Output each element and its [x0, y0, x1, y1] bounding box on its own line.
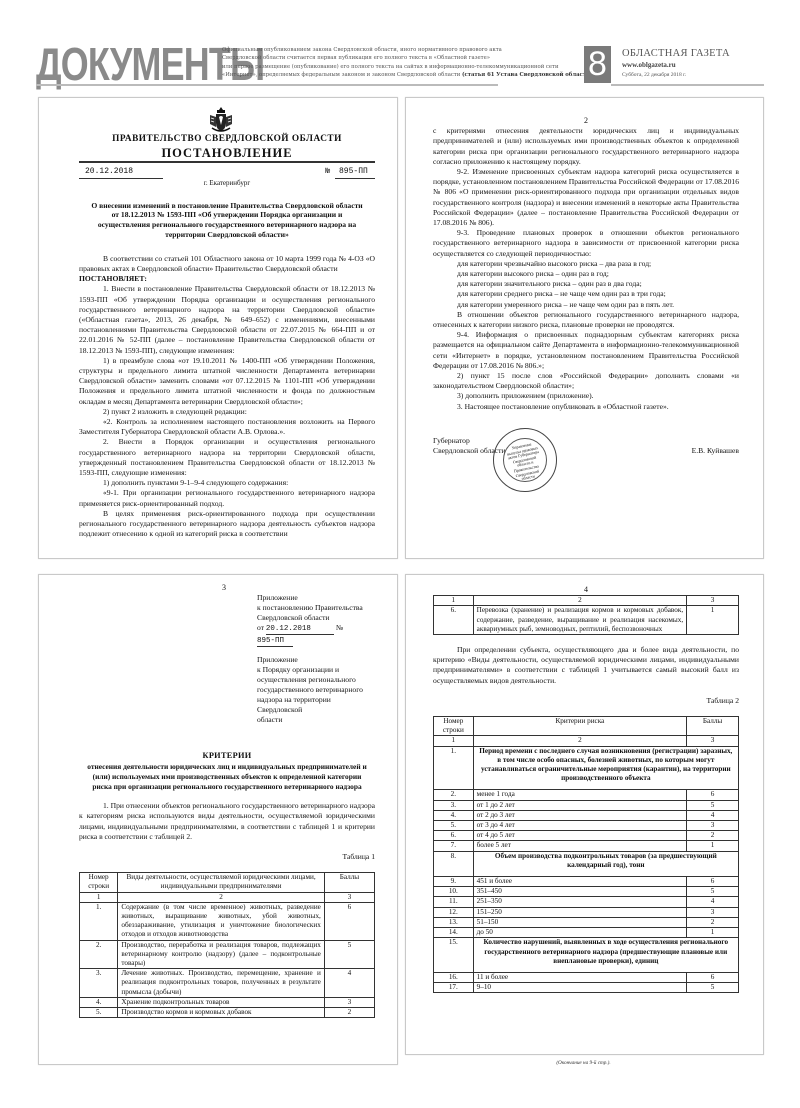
column-number: 2: [473, 596, 687, 606]
row-text: 9–10: [473, 983, 687, 993]
row-text: 11 и более: [473, 972, 687, 982]
criterion-heading: Количество нарушений, выявленных в ходе …: [473, 938, 738, 973]
row-score: 1: [687, 841, 739, 851]
appendix-header: Приложение к постановлению Правительства…: [257, 593, 375, 725]
table-row: 5.от 3 до 4 лет3: [434, 821, 739, 831]
row-number: 3.: [80, 969, 118, 998]
paragraph: с критериями отнесения деятельности юрид…: [433, 126, 739, 167]
column-header: Баллы: [324, 873, 374, 892]
divider: [79, 161, 375, 163]
row-number: 6.: [434, 606, 474, 635]
table-row: 3.от 1 до 2 лет5: [434, 800, 739, 810]
table-row: 5.Производство кормов и кормовых добавок…: [80, 1008, 375, 1018]
table-row: 2.Производство, переработка и реализация…: [80, 940, 375, 969]
document-page-4: 4 1236.Перевозка (хранение) и реализация…: [405, 574, 764, 1055]
row-number: 11.: [434, 897, 474, 907]
column-number: 1: [80, 892, 118, 902]
row-score: 3: [324, 997, 374, 1007]
document-number: № 895-ПП: [325, 167, 375, 178]
list-item: для категории высокого риска – один раз …: [433, 269, 739, 279]
paragraph: 1) в преамбуле слова «от 19.10.2011 № 14…: [79, 356, 375, 407]
row-number: 6.: [434, 831, 474, 841]
paragraph: В отношении объектов регионального госуд…: [433, 310, 739, 330]
row-score: 2: [687, 831, 739, 841]
table-row: 17.9–105: [434, 983, 739, 993]
row-score: 4: [687, 810, 739, 820]
row-text: 251–350: [473, 897, 687, 907]
row-score: 6: [324, 902, 374, 940]
official-seal-icon: Управление выпуска правовых актов Губерн…: [493, 428, 557, 492]
table-row: 8.Объем производства подконтрольных това…: [434, 851, 739, 876]
column-number: 1: [434, 596, 474, 606]
table-row: 1.Период времени с последнего случая воз…: [434, 746, 739, 790]
table-1: Номер строки Виды деятельности, осуществ…: [79, 872, 375, 1018]
row-number: 3.: [434, 800, 474, 810]
table-row: 2.менее 1 года6: [434, 790, 739, 800]
column-number: 2: [118, 892, 325, 902]
table-row: 4.от 2 до 3 лет4: [434, 810, 739, 820]
row-number: 13.: [434, 917, 474, 927]
row-number: 5.: [80, 1008, 118, 1018]
row-score: 4: [324, 969, 374, 998]
row-number: 2.: [80, 940, 118, 969]
paragraph: 2. Внести в Порядок организации и осущес…: [79, 437, 375, 478]
row-text: 51–150: [473, 917, 687, 927]
column-header: Виды деятельности, осуществляемой юридич…: [118, 873, 325, 892]
table-row: 1.Содержание (в том числе временное) жив…: [80, 902, 375, 940]
row-text: Хранение подконтрольных товаров: [118, 997, 325, 1007]
row-number: 16.: [434, 972, 474, 982]
row-score: 5: [324, 940, 374, 969]
row-text: 351–450: [473, 887, 687, 897]
signer-title: Губернатор: [433, 436, 505, 446]
list-item: для категории среднего риска – не чаще ч…: [433, 289, 739, 299]
paragraph: «2. Контроль за исполнением настоящего п…: [79, 417, 375, 437]
document-page-3: 3 Приложение к постановлению Правительст…: [38, 574, 398, 1065]
row-number: 8.: [434, 851, 474, 876]
table-row: 6.Перевозка (хранение) и реализация корм…: [434, 606, 739, 635]
row-score: 2: [687, 917, 739, 927]
paragraph: 3. Настоящее постановление опубликовать …: [433, 402, 739, 412]
paragraph: 3) дополнить приложением (приложение).: [433, 391, 739, 401]
row-text: от 2 до 3 лет: [473, 810, 687, 820]
paragraph: 1) дополнить пунктами 9-1–9-4 следующего…: [79, 478, 375, 488]
row-text: Производство кормов и кормовых добавок: [118, 1008, 325, 1018]
column-number: 3: [324, 892, 374, 902]
column-number-row: 123: [434, 736, 739, 746]
row-text: Лечение животных. Производство, перемеще…: [118, 969, 325, 998]
divider: [611, 84, 764, 86]
column-header: Критерии риска: [473, 717, 687, 736]
document-subject: О внесении изменений в постановление Пра…: [89, 201, 365, 240]
government-name: ПРАВИТЕЛЬСТВО СВЕРДЛОВСКОЙ ОБЛАСТИ: [79, 134, 375, 144]
row-text: Производство, переработка и реализация т…: [118, 940, 325, 969]
row-score: 4: [687, 897, 739, 907]
paragraph: 1. Внести в постановление Правительства …: [79, 284, 375, 355]
paragraph: В целях применения риск-ориентированного…: [79, 509, 375, 540]
continued-note: (Окончание на 9-й стр.).: [405, 1060, 762, 1066]
criterion-heading: Объем производства подконтрольных товаро…: [473, 851, 738, 876]
resolves-heading: ПОСТАНОВЛЯЕТ:: [79, 274, 375, 284]
table-row: 12.151–2503: [434, 907, 739, 917]
criteria-subtitle: отнесения деятельности юридических лиц и…: [85, 762, 369, 791]
row-score: 1: [687, 606, 739, 635]
row-score: 2: [324, 1008, 374, 1018]
table-row: 10.351–4505: [434, 887, 739, 897]
row-text: от 4 до 5 лет: [473, 831, 687, 841]
date-number-bar: 20.12.2018 № 895-ПП: [79, 165, 375, 181]
preamble: В соответствии со статьей 101 Областного…: [79, 254, 375, 274]
row-number: 2.: [434, 790, 474, 800]
row-number: 1.: [434, 746, 474, 790]
row-number: 14.: [434, 928, 474, 938]
paragraph: 1. При отнесении объектов регионального …: [79, 801, 375, 842]
table-caption: Таблица 2: [433, 696, 739, 706]
table-row: 14.до 501: [434, 928, 739, 938]
list-item: для категории чрезвычайно высокого риска…: [433, 259, 739, 269]
column-number: 1: [434, 736, 474, 746]
row-score: 5: [687, 800, 739, 810]
criterion-heading: Период времени с последнего случая возни…: [473, 746, 738, 790]
row-text: Содержание (в том числе временное) живот…: [118, 902, 325, 940]
table-row: 7.более 5 лет1: [434, 841, 739, 851]
table-2: Номер строки Критерии риска Баллы 1231.П…: [433, 716, 739, 993]
divider: [36, 84, 498, 86]
row-text: более 5 лет: [473, 841, 687, 851]
table-row: 3.Лечение животных. Производство, переме…: [80, 969, 375, 998]
row-number: 17.: [434, 983, 474, 993]
column-number: 2: [473, 736, 687, 746]
row-number: 9.: [434, 877, 474, 887]
table-row: 9.451 и более6: [434, 877, 739, 887]
publication-note: Официальным опубликованием закона Свердл…: [222, 46, 602, 80]
column-header: Номер строки: [434, 717, 474, 736]
masthead: ДОКУМЕНТЫ Официальным опубликованием зак…: [36, 44, 764, 86]
page-number: 3: [73, 583, 375, 593]
page-number: 2: [433, 116, 739, 126]
paragraph: 9-3. Проведение плановых проверок в отно…: [433, 228, 739, 259]
paragraph: 9-2. Изменение присвоенных субъектам над…: [433, 167, 739, 228]
row-number: 1.: [80, 902, 118, 940]
table-caption: Таблица 1: [79, 852, 375, 862]
page-number: 4: [433, 585, 739, 595]
row-score: 5: [687, 887, 739, 897]
table-row: 15.Количество нарушений, выявленных в хо…: [434, 938, 739, 973]
row-score: 3: [687, 821, 739, 831]
document-page-1: ПРАВИТЕЛЬСТВО СВЕРДЛОВСКОЙ ОБЛАСТИ ПОСТА…: [38, 97, 398, 559]
list-item: для категории значительного риска – один…: [433, 279, 739, 289]
issue-date: Суббота, 22 декабря 2018 г.: [622, 72, 686, 78]
table-row: 4.Хранение подконтрольных товаров3: [80, 997, 375, 1007]
newspaper-page-number: 8: [584, 46, 611, 83]
newspaper-url[interactable]: www.oblgazeta.ru: [622, 61, 676, 69]
row-text: 151–250: [473, 907, 687, 917]
row-score: 6: [687, 790, 739, 800]
row-number: 4.: [80, 997, 118, 1007]
table-row: 11.251–3504: [434, 897, 739, 907]
paragraph: 2) пункт 2 изложить в следующей редакции…: [79, 407, 375, 417]
paragraph: При определении субъекта, осуществляющег…: [433, 645, 739, 686]
row-number: 12.: [434, 907, 474, 917]
table-row: 13.51–1502: [434, 917, 739, 927]
row-score: 6: [687, 877, 739, 887]
row-text: 451 и более: [473, 877, 687, 887]
row-number: 15.: [434, 938, 474, 973]
row-number: 7.: [434, 841, 474, 851]
signature-block: Губернатор Свердловской области Управлен…: [433, 436, 739, 486]
row-score: 5: [687, 983, 739, 993]
column-number: 3: [687, 596, 739, 606]
row-text: от 3 до 4 лет: [473, 821, 687, 831]
paragraph: 9-4. Информация о присвоенных поднадзорн…: [433, 330, 739, 371]
column-number-row: 123: [80, 892, 375, 902]
row-number: 5.: [434, 821, 474, 831]
column-number-row: 123: [434, 596, 739, 606]
newspaper-name: ОБЛАСТНАЯ ГАЗЕТА: [622, 48, 730, 59]
paragraph: «9-1. При организации регионального госу…: [79, 488, 375, 508]
column-header: Номер строки: [80, 873, 118, 892]
document-page-2: 2 с критериями отнесения деятельности юр…: [405, 97, 764, 559]
list-item: для категории умеренного риска – не чаще…: [433, 300, 739, 310]
row-text: менее 1 года: [473, 790, 687, 800]
document-date: 20.12.2018: [79, 167, 163, 178]
column-number: 3: [687, 736, 739, 746]
row-number: 4.: [434, 810, 474, 820]
criteria-title: КРИТЕРИИ: [79, 751, 375, 761]
table-1-continued: 1236.Перевозка (хранение) и реализация к…: [433, 595, 739, 635]
table-row: 16.11 и более6: [434, 972, 739, 982]
row-score: 1: [687, 928, 739, 938]
signer-name: Е.В. Куйвашев: [692, 446, 739, 456]
document-type: ПОСТАНОВЛЕНИЕ: [79, 148, 375, 158]
row-score: 3: [687, 907, 739, 917]
column-header: Баллы: [687, 717, 739, 736]
row-score: 6: [687, 972, 739, 982]
row-number: 10.: [434, 887, 474, 897]
row-text: от 1 до 2 лет: [473, 800, 687, 810]
paragraph: 2) пункт 15 после слов «Российской Федер…: [433, 371, 739, 391]
row-text: до 50: [473, 928, 687, 938]
table-row: 6.от 4 до 5 лет2: [434, 831, 739, 841]
row-text: Перевозка (хранение) и реализация кормов…: [473, 606, 687, 635]
